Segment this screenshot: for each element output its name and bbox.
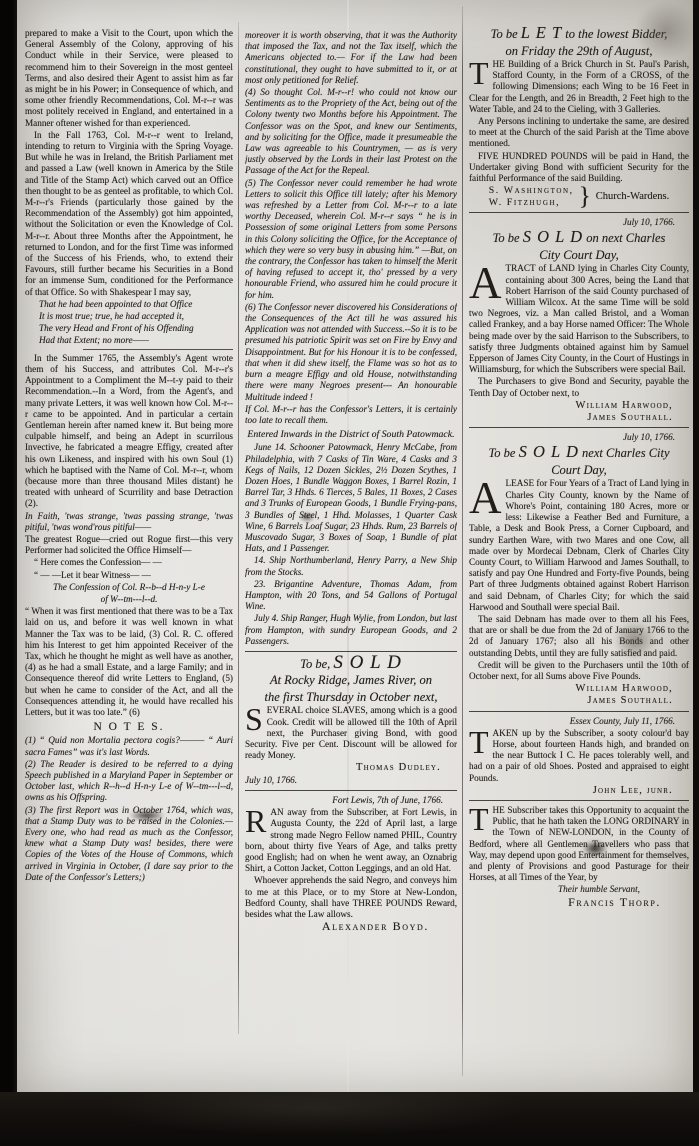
- ad-heading-prefix: To be: [491, 27, 518, 41]
- stain: [635, 2, 693, 60]
- article-paragraph: The greatest Rogue—cried out Rogue first…: [25, 534, 233, 556]
- dropcap: T: [469, 729, 489, 755]
- confession-title: of W--tm---l--d.: [25, 594, 233, 605]
- confession-title: The Confession of Col. R--b--d H-n-y L-e: [25, 582, 233, 593]
- section-rule: [469, 427, 689, 428]
- signature: Thomas Dudley.: [245, 762, 457, 773]
- verse-line: That he had been appointed to that Offic…: [39, 299, 233, 310]
- ink-blot: [582, 840, 608, 857]
- ad-heading-word: S O L D: [333, 652, 401, 673]
- ad-heading-prefix: To be: [493, 231, 520, 245]
- notes-heading: N O T E S.: [25, 722, 233, 733]
- signature: James Southall.: [469, 412, 689, 423]
- church-wardens-block: S. Washington, W. Fitzhugh, } Church-War…: [469, 185, 689, 208]
- stain: [613, 620, 657, 660]
- signature: Francis Thorp.: [469, 897, 689, 908]
- column-right: To be L E T to the lowest Bidder, on Fri…: [469, 0, 689, 1092]
- ad-heading: To be S O L D next Charles City: [469, 445, 689, 461]
- warden-name: W. Fitzhugh,: [489, 197, 574, 209]
- footnote: (5) The Confessor never could remember h…: [245, 178, 457, 301]
- dropcap: T: [469, 806, 489, 832]
- shipping-entry: 14. Ship Northumberland, Henry Parry, a …: [245, 555, 457, 577]
- section-rule: [469, 212, 689, 213]
- section-rule: [469, 711, 689, 712]
- ad-body: SEVERAL choice SLAVES, among which is a …: [245, 705, 457, 761]
- footnote: (1) “ Quid non Mortalia pectora cogis?——…: [25, 735, 233, 757]
- ad-date: July 10, 1766.: [245, 775, 457, 786]
- ad-heading-prefix: To be,: [300, 657, 330, 671]
- ad-subheading: the first Thursday in October next,: [245, 690, 457, 705]
- ad-heading: To be, S O L D: [245, 656, 457, 672]
- ad-body: ATRACT of LAND lying in Charles City Cou…: [469, 263, 689, 375]
- article-paragraph: In the Fall 1763, Col. M-r--r went to Ir…: [25, 130, 233, 298]
- shipping-news-heading: Entered Inwards in the District of South…: [245, 429, 457, 440]
- signature: William Harwood,: [469, 683, 689, 694]
- ad-body-text: Credit will be given to the Purchasers u…: [469, 660, 689, 682]
- dropcap: R: [245, 808, 266, 834]
- ad-body-text: Whoever apprehends the said Negro, and c…: [245, 875, 457, 920]
- ad-body: TAKEN up by the Subscriber, a sooty colo…: [469, 728, 689, 784]
- scan-left-edge: [0, 0, 17, 1146]
- brace-glyph: }: [579, 186, 591, 208]
- ink-blot: [299, 512, 315, 522]
- signature: Alexander Boyd.: [245, 921, 457, 932]
- signature: John Lee, junr.: [469, 785, 689, 796]
- warden-name: S. Washington,: [489, 185, 574, 197]
- ad-heading-word: S O L D: [519, 442, 579, 461]
- newspaper-page: prepared to make a Visit to the Court, u…: [17, 0, 693, 1092]
- ad-body-text: LEASE for Four Years of a Tract of Land …: [469, 478, 689, 611]
- ad-body-text: HE Building of a Brick Church in St. Pau…: [469, 59, 689, 114]
- verse-line: The very Head and Front of his Offending: [39, 323, 233, 334]
- ad-body: THE Subscriber takes this Opportunity to…: [469, 805, 689, 883]
- ad-heading-line2: Court Day,: [469, 463, 689, 478]
- verse-line: Had that Extent; no more——: [39, 335, 233, 346]
- ad-body: THE Building of a Brick Church in St. Pa…: [469, 59, 689, 115]
- footnote: (6) The Confessor never discovered his C…: [245, 302, 457, 403]
- ad-heading-word: S O L D: [523, 227, 583, 246]
- column-rule-right: [462, 6, 463, 1076]
- article-paragraph: prepared to make a Visit to the Court, u…: [25, 28, 233, 129]
- ad-dateline: Fort Lewis, 7th of June, 1766.: [245, 795, 457, 806]
- footnote: (2) The Reader is desired to be referred…: [25, 759, 233, 804]
- ad-heading: To be S O L D on next Charles: [469, 230, 689, 246]
- shipping-entry: June 14. Schooner Patowmack, Henry McCab…: [245, 442, 457, 554]
- ad-body: RAN away from the Subscriber, at Fort Le…: [245, 807, 457, 874]
- shipping-entry: July 4. Ship Ranger, Hugh Wylie, from Lo…: [245, 613, 457, 647]
- quote-line: “ — —Let it bear Witness— —: [25, 570, 233, 581]
- article-paragraph: If Col. M-r--r has the Confessor's Lette…: [245, 404, 457, 426]
- ad-body-text: FIVE HUNDRED POUNDS will be paid in Hand…: [469, 151, 689, 185]
- ad-heading-suffix: on next Charles: [586, 231, 665, 245]
- ad-body-text: AKEN up by the Subscriber, a sooty colou…: [469, 728, 689, 783]
- warden-label: Church-Wardens.: [596, 191, 670, 202]
- ad-body-text: TRACT of LAND lying in Charles City Coun…: [469, 263, 689, 374]
- column-left: prepared to make a Visit to the Court, u…: [25, 0, 233, 1092]
- scan-bottom-edge: [0, 1092, 699, 1146]
- ad-body: ALEASE for Four Years of a Tract of Land…: [469, 478, 689, 612]
- shipping-entry: 23. Brigantine Adventure, Thomas Adam, f…: [245, 579, 457, 613]
- ad-subheading: At Rocky Ridge, James River, on: [245, 673, 457, 688]
- dropcap: S: [245, 706, 263, 732]
- section-rule: [469, 800, 689, 801]
- dropcap: A: [469, 265, 502, 302]
- ad-heading-prefix: To be: [488, 446, 515, 460]
- confession-body: “ When it was first mentioned that there…: [25, 606, 233, 718]
- warden-names: S. Washington, W. Fitzhugh,: [489, 185, 574, 208]
- ad-heading-line2: City Court Day,: [469, 248, 689, 263]
- dropcap: T: [469, 60, 489, 86]
- signature: William Harwood,: [469, 400, 689, 411]
- ad-body-text: The Purchasers to give Bond and Security…: [469, 376, 689, 398]
- column-rule-left: [238, 22, 239, 1034]
- ad-date: July 10, 1766.: [469, 432, 689, 443]
- ad-body-text: AN away from the Subscriber, at Fort Lew…: [245, 807, 457, 873]
- ad-body-text: Any Persons inclining to undertake the s…: [469, 116, 689, 150]
- ad-dateline: Essex County, July 11, 1766.: [469, 716, 689, 727]
- footnote-continuation: moreover it is worth observing, that it …: [245, 30, 457, 86]
- verse-line: It is most true; true, he had accepted i…: [39, 311, 233, 322]
- verse-rule: [83, 349, 233, 350]
- section-rule: [245, 790, 457, 791]
- ink-blot: [129, 810, 165, 821]
- column-middle: moreover it is worth observing, that it …: [245, 0, 457, 1092]
- quote-line: “ Here comes the Confession— —: [25, 557, 233, 568]
- quotation: In Faith, 'twas strange, 'twas passing s…: [25, 511, 233, 533]
- footnote: (4) So thought Col. M-r--r! who could no…: [245, 87, 457, 177]
- ad-body-text: EVERAL choice SLAVES, among which is a g…: [245, 705, 457, 760]
- valediction: Their humble Servant,: [469, 884, 689, 895]
- article-paragraph: In the Summer 1765, the Assembly's Agent…: [25, 353, 233, 510]
- ad-heading-word: L E T: [521, 23, 562, 42]
- dropcap: A: [469, 480, 502, 517]
- ad-body-text: HE Subscriber takes this Opportunity to …: [469, 805, 689, 882]
- ad-heading-suffix: next Charles City: [582, 446, 670, 460]
- signature: James Southall.: [469, 695, 689, 706]
